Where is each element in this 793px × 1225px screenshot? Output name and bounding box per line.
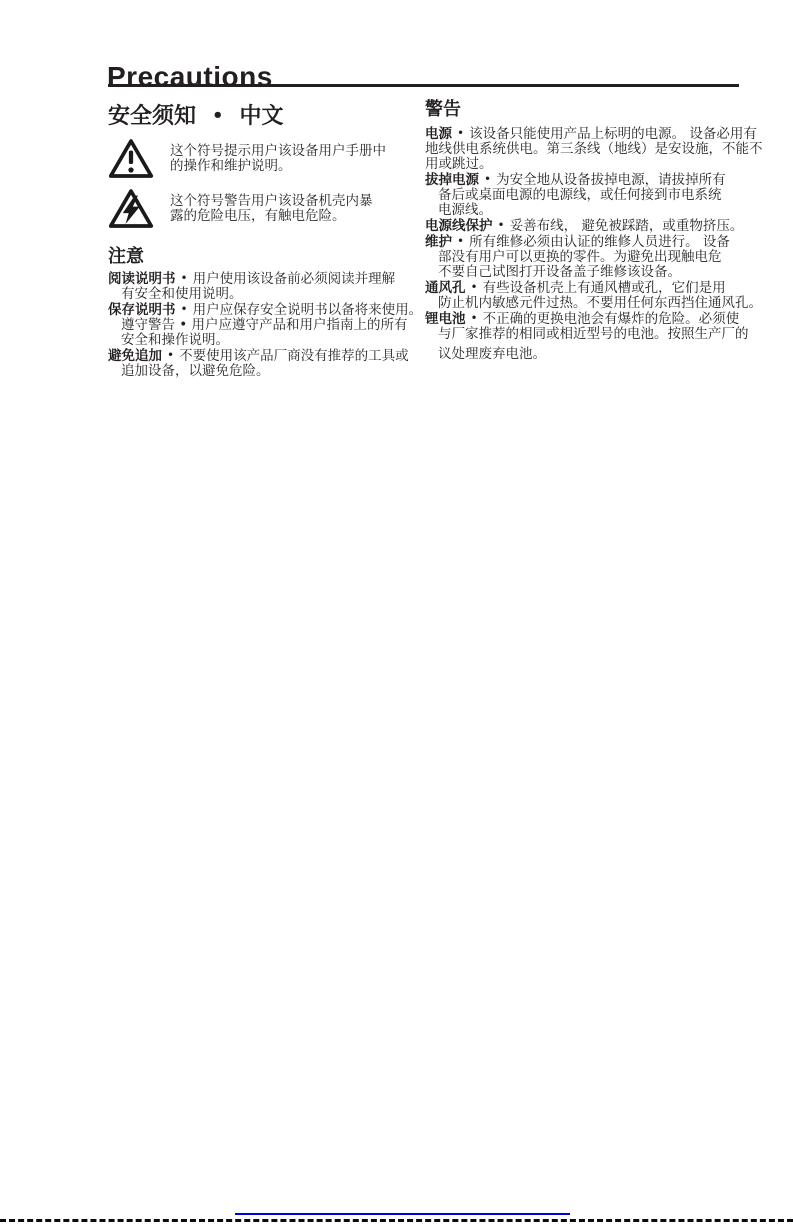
item-first-line: 锂电池•不正确的更换电池会有爆炸的危险。必须使 xyxy=(425,311,775,327)
item-first-line: 保存说明书•用户应保存安全说明书以备将来使用。 xyxy=(108,302,424,318)
left-column: 安全须知•中文 这个符号提示用户该设备用户手册中 的操作和维护说明。 xyxy=(108,103,424,379)
warning-item-servicing: 维护•所有维修必须由认证的维修人员进行。 设备 部没有用户可以更换的零件。为避免… xyxy=(425,234,775,280)
item-lead: 避免追加 xyxy=(108,348,162,364)
safety-heading-zh: 安全须知•中文 xyxy=(108,103,424,129)
item-first-line: 维护•所有维修必须由认证的维修人员进行。 设备 xyxy=(425,234,775,250)
item-cont-line: 安全和操作说明。 xyxy=(108,333,424,348)
item-lead: 维护 xyxy=(425,234,452,250)
bullet: • xyxy=(167,348,174,363)
item-first-line: 拔掉电源•为安全地从设备拔掉电源，请拔掉所有 xyxy=(425,172,775,188)
item-cont-line: 追加设备，以避免危险。 xyxy=(108,364,424,379)
warning-item-ventilation: 通风孔•有些设备机壳上有通风槽或孔，它们是用 防止机内敏感元件过热。不要用任何东… xyxy=(425,280,775,311)
item-cont-line: 与厂家推荐的相同或相近型号的电池。按照生产厂的 xyxy=(425,327,775,342)
item-cont-line: 议处理废弃电池。 xyxy=(425,347,775,362)
page-bottom-edge xyxy=(0,1219,793,1222)
bullet: • xyxy=(484,172,491,187)
symbol-note-attention: 这个符号提示用户该设备用户手册中 的操作和维护说明。 xyxy=(108,138,424,183)
symbol-note-line: 露的危险电压，有触电危险。 xyxy=(170,209,373,224)
item-text: 用户应保存安全说明书以备将来使用。 xyxy=(193,302,423,318)
item-text: 不正确的更换电池会有爆炸的危险。必须使 xyxy=(483,311,740,327)
item-text: 该设备只能使用产品上标明的电源。 设备必用有 xyxy=(469,126,757,142)
notice-item-avoid-attachments: 避免追加•不要使用该产品厂商没有推荐的工具或 追加设备，以避免危险。 xyxy=(108,348,424,379)
item-first-line: 阅读说明书•用户使用该设备前必须阅读并理解 xyxy=(108,271,424,287)
item-text: 妥善布线， 避免被踩踏，或重物挤压。 xyxy=(510,218,744,234)
item-lead: 拔掉电源 xyxy=(425,172,479,188)
item-cont-line: 备后或桌面电源的电源线，或任何接到市电系统 xyxy=(425,188,775,203)
footer-link[interactable] xyxy=(235,1213,570,1215)
symbol-note-text: 这个符号警告用户该设备机壳内暴 露的危险电压，有触电危险。 xyxy=(170,188,373,224)
bullet: • xyxy=(471,280,478,295)
item-text: 有些设备机壳上有通风槽或孔，它们是用 xyxy=(483,280,726,296)
warning-item-lithium-battery: 锂电池•不正确的更换电池会有爆炸的危险。必须使 与厂家推荐的相同或相近型号的电池… xyxy=(425,311,775,362)
item-lead: 电源 xyxy=(425,126,452,142)
page-title: Precautions xyxy=(107,61,273,93)
right-column: 警告 电源•该设备只能使用产品上标明的电源。 设备必用有 地线供电系统供电。第三… xyxy=(425,100,775,362)
item-first-line: 通风孔•有些设备机壳上有通风槽或孔，它们是用 xyxy=(425,280,775,296)
bullet: • xyxy=(471,311,478,326)
safety-heading-part2: 中文 xyxy=(240,103,284,129)
item-lead: 锂电池 xyxy=(425,311,466,327)
item-first-line: 避免追加•不要使用该产品厂商没有推荐的工具或 xyxy=(108,348,424,364)
item-first-line: 电源•该设备只能使用产品上标明的电源。 设备必用有 xyxy=(425,126,775,142)
title-rule xyxy=(108,84,739,87)
symbol-note-line: 这个符号警告用户该设备机壳内暴 xyxy=(170,194,373,209)
warning-heading: 警告 xyxy=(425,100,775,120)
symbol-note-voltage: 这个符号警告用户该设备机壳内暴 露的危险电压，有触电危险。 xyxy=(108,188,424,233)
warning-item-power-cord-protection: 电源线保护•妥善布线， 避免被踩踏，或重物挤压。 xyxy=(425,218,775,234)
symbol-note-line: 这个符号提示用户该设备用户手册中 xyxy=(170,144,386,159)
bullet: • xyxy=(498,218,505,233)
warning-item-unplug-power: 拔掉电源•为安全地从设备拔掉电源，请拔掉所有 备后或桌面电源的电源线，或任何接到… xyxy=(425,172,775,218)
symbol-note-text: 这个符号提示用户该设备用户手册中 的操作和维护说明。 xyxy=(170,138,386,174)
item-cont-line: 遵守警告 • 用户应遵守产品和用户指南上的所有 xyxy=(108,318,424,333)
item-cont-line: 电源线。 xyxy=(425,203,775,218)
item-lead: 通风孔 xyxy=(425,280,466,296)
item-lead: 保存说明书 xyxy=(108,302,176,318)
item-first-line: 电源线保护•妥善布线， 避免被踩踏，或重物挤压。 xyxy=(425,218,775,234)
warning-item-power: 电源•该设备只能使用产品上标明的电源。 设备必用有 地线供电系统供电。第三条线（… xyxy=(425,126,775,172)
bullet: • xyxy=(181,302,188,317)
heading-bullet: • xyxy=(212,103,224,129)
item-lead: 电源线保护 xyxy=(425,218,493,234)
item-cont-line: 不要自己试图打开设备盖子维修该设备。 xyxy=(425,265,775,280)
item-text: 为安全地从设备拔掉电源，请拔掉所有 xyxy=(496,172,726,188)
notice-heading: 注意 xyxy=(108,247,424,267)
safety-heading-part1: 安全须知 xyxy=(108,103,196,129)
high-voltage-triangle-icon xyxy=(108,188,154,233)
item-cont-line: 有安全和使用说明。 xyxy=(108,287,424,302)
item-text: 不要使用该产品厂商没有推荐的工具或 xyxy=(179,348,409,364)
bullet: • xyxy=(457,234,464,249)
bullet: • xyxy=(457,126,464,141)
item-cont-line: 用或跳过。 xyxy=(425,157,775,172)
alert-triangle-icon xyxy=(108,138,154,183)
notice-item-read-instructions: 阅读说明书•用户使用该设备前必须阅读并理解 有安全和使用说明。 xyxy=(108,271,424,302)
item-text: 所有维修必须由认证的维修人员进行。 设备 xyxy=(469,234,730,250)
item-cont-line: 地线供电系统供电。第三条线（地线）是安设施，不能不 xyxy=(425,142,775,157)
bullet: • xyxy=(181,271,188,286)
symbol-note-line: 的操作和维护说明。 xyxy=(170,159,386,174)
item-cont-line: 防止机内敏感元件过热。不要用任何东西挡住通风孔。 xyxy=(425,296,775,311)
item-lead: 阅读说明书 xyxy=(108,271,176,287)
manual-precautions-page: Precautions 安全须知•中文 这个符号提示用户该设备用户手册中 的操作… xyxy=(0,0,793,1225)
notice-item-keep-instructions: 保存说明书•用户应保存安全说明书以备将来使用。 遵守警告 • 用户应遵守产品和用… xyxy=(108,302,424,348)
item-cont-line: 部没有用户可以更换的零件。为避免出现触电危 xyxy=(425,250,775,265)
item-text: 用户使用该设备前必须阅读并理解 xyxy=(193,271,396,287)
